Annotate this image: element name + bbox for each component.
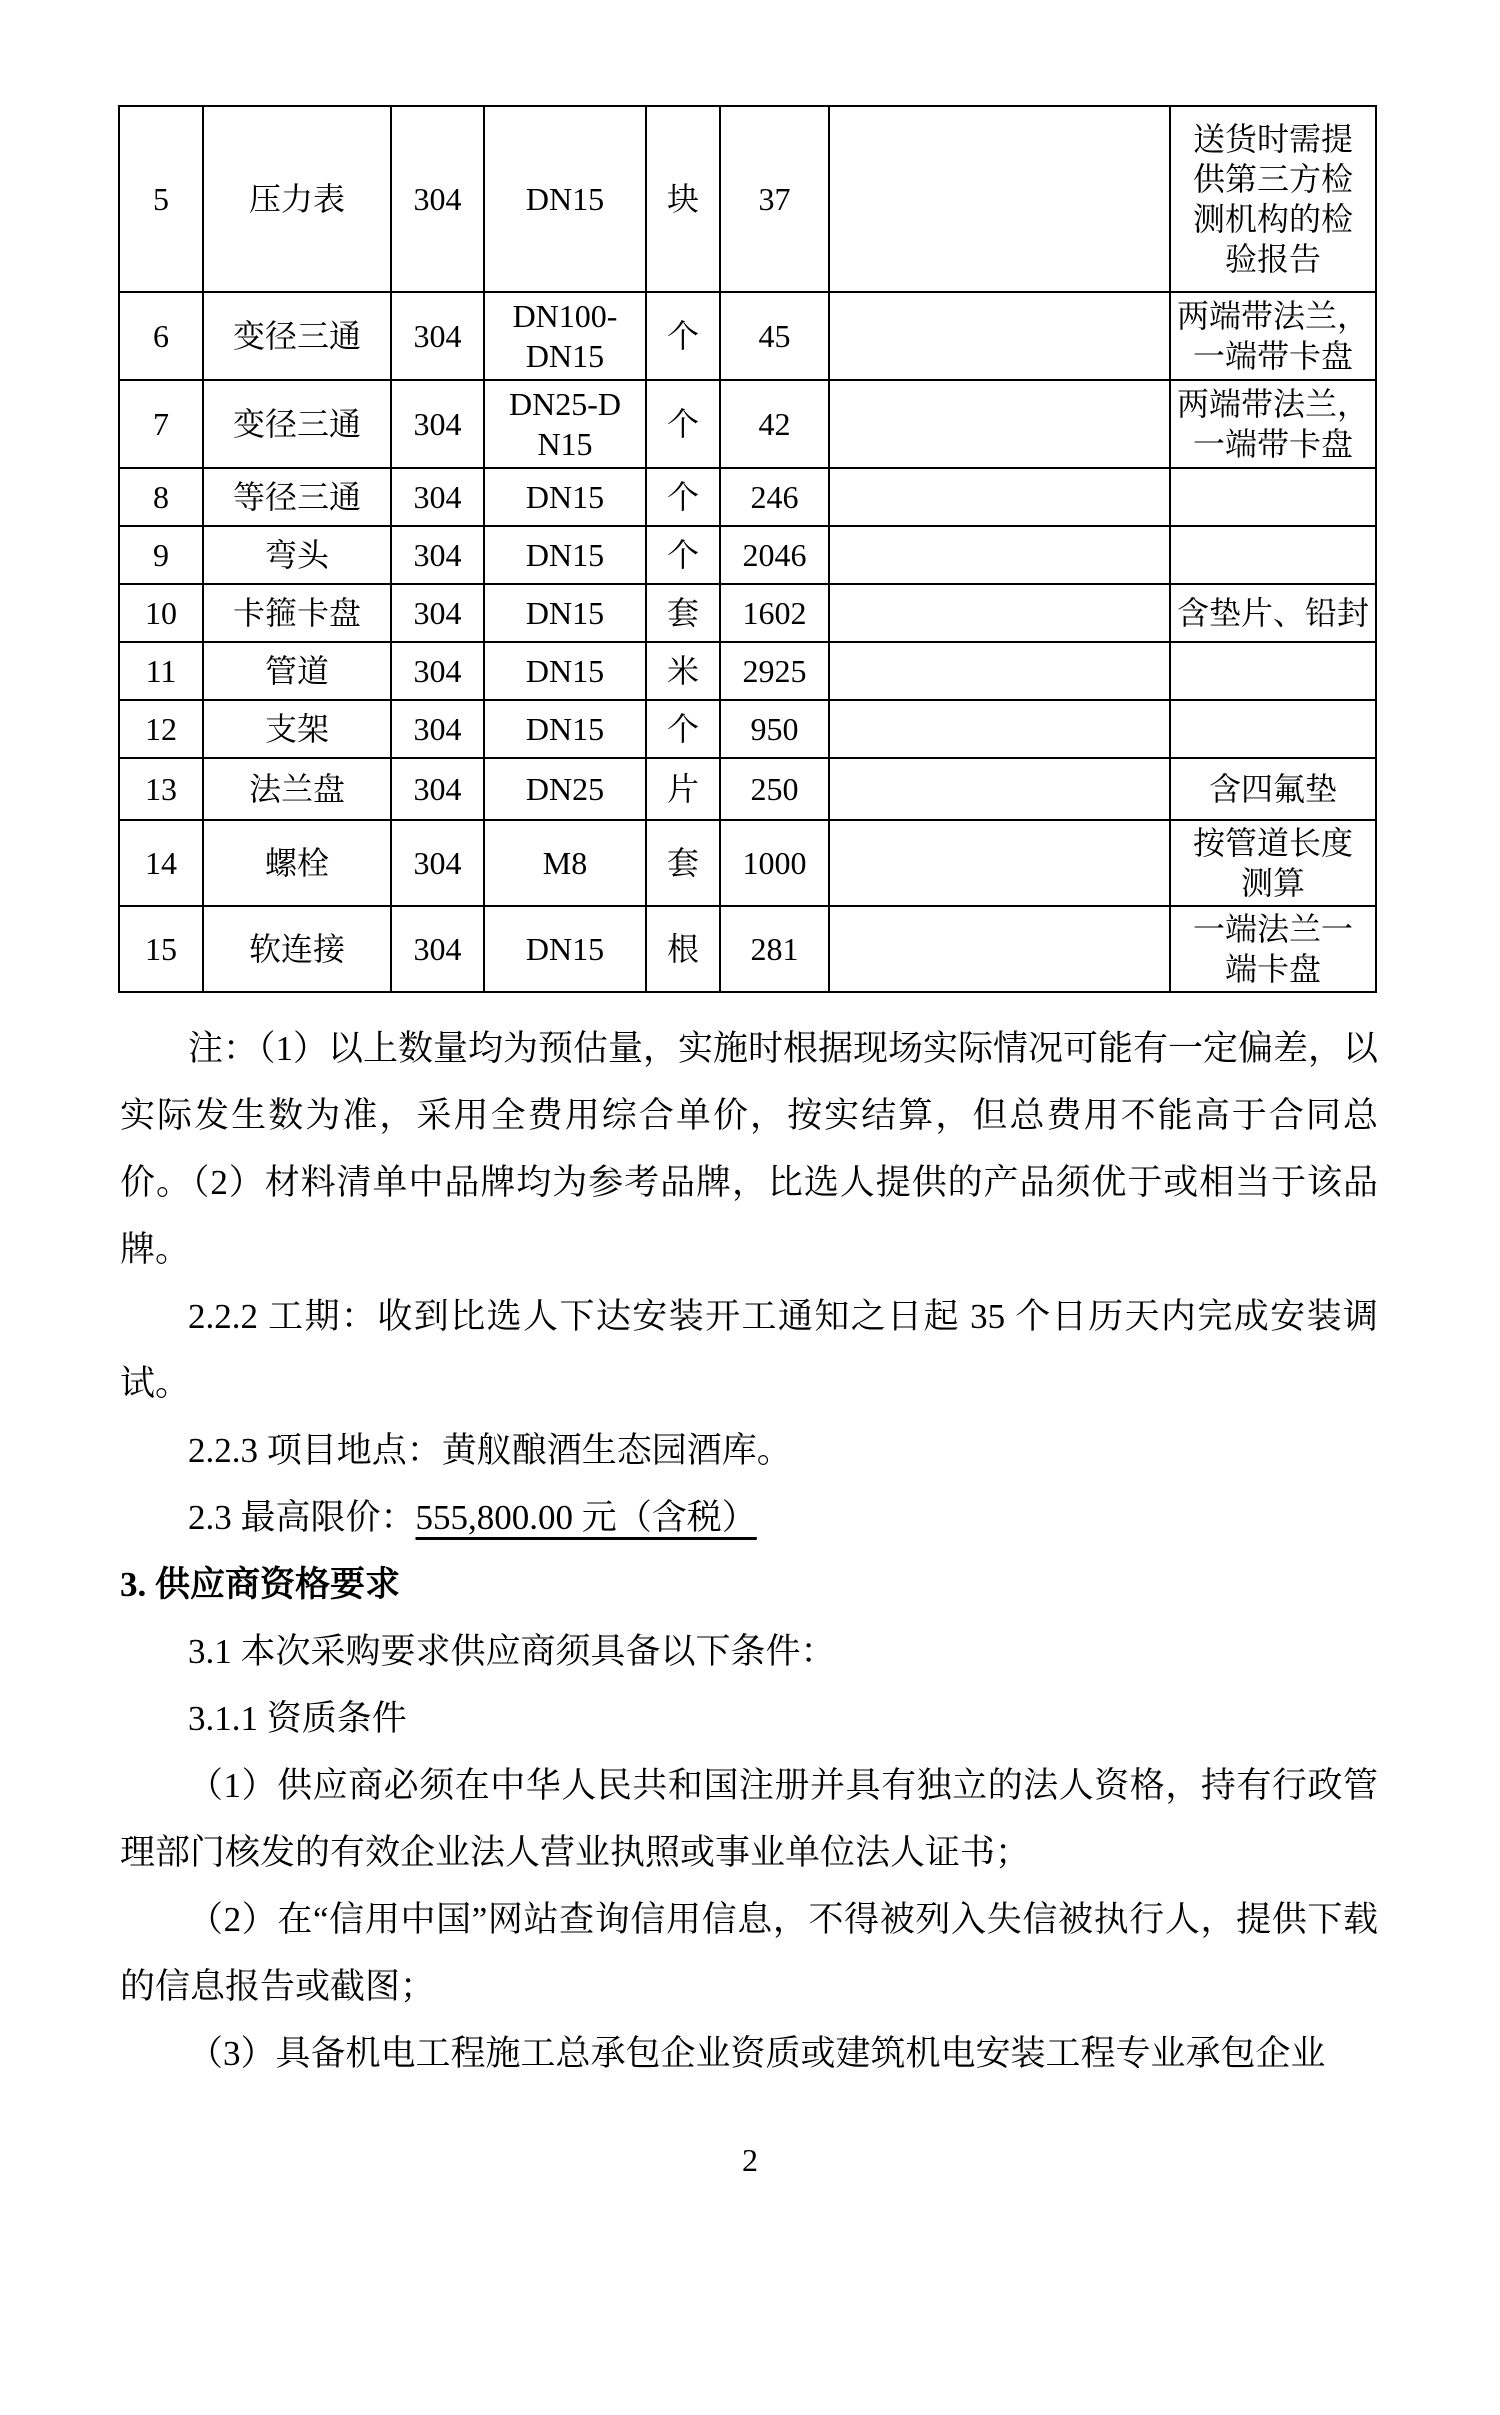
cell-qty: 246 <box>720 468 829 526</box>
cell-remark: 含四氟垫 <box>1170 758 1376 820</box>
cell-brand <box>829 380 1170 468</box>
cell-unit: 个 <box>646 700 720 758</box>
cell-spec: DN15 <box>484 700 646 758</box>
cell-spec: DN15 <box>484 906 646 992</box>
cell-unit: 套 <box>646 820 720 906</box>
cell-unit: 个 <box>646 468 720 526</box>
cell-spec: DN15 <box>484 642 646 700</box>
cell-material: 304 <box>391 106 484 292</box>
cell-brand <box>829 292 1170 380</box>
cell-spec: DN15 <box>484 526 646 584</box>
paragraph-2-2-2: 2.2.2 工期：收到比选人下达安装开工通知之日起 35 个日历天内完成安装调试… <box>120 1283 1378 1417</box>
cell-qty: 2046 <box>720 526 829 584</box>
note-paragraph: 注：（1）以上数量均为预估量，实施时根据现场实际情况可能有一定偏差，以实际发生数… <box>120 1015 1378 1283</box>
table-row: 12支架304DN15个950 <box>119 700 1376 758</box>
cell-spec: DN25 <box>484 758 646 820</box>
cell-brand <box>829 642 1170 700</box>
cell-no: 14 <box>119 820 203 906</box>
cell-spec: DN15 <box>484 468 646 526</box>
cell-material: 304 <box>391 906 484 992</box>
cell-material: 304 <box>391 468 484 526</box>
cell-qty: 281 <box>720 906 829 992</box>
table-row: 10卡箍卡盘304DN15套1602含垫片、铅封 <box>119 584 1376 642</box>
cell-material: 304 <box>391 642 484 700</box>
cell-unit: 米 <box>646 642 720 700</box>
cell-spec: DN100- DN15 <box>484 292 646 380</box>
cell-material: 304 <box>391 758 484 820</box>
cell-remark: 两端带法兰， 一端带卡盘 <box>1170 292 1376 380</box>
cell-no: 11 <box>119 642 203 700</box>
cell-qty: 42 <box>720 380 829 468</box>
page-number: 2 <box>742 2142 758 2178</box>
cell-no: 9 <box>119 526 203 584</box>
cell-remark <box>1170 526 1376 584</box>
cell-no: 13 <box>119 758 203 820</box>
cell-name: 变径三通 <box>203 380 391 468</box>
cell-no: 15 <box>119 906 203 992</box>
cell-unit: 套 <box>646 584 720 642</box>
cell-name: 等径三通 <box>203 468 391 526</box>
materials-table-section: 5压力表304DN15块37送货时需提 供第三方检 测机构的检 验报告6变径三通… <box>118 105 1375 993</box>
cell-brand <box>829 758 1170 820</box>
cell-no: 12 <box>119 700 203 758</box>
cell-brand <box>829 906 1170 992</box>
paragraph-3-1: 3.1 本次采购要求供应商须具备以下条件： <box>120 1618 1378 1685</box>
cell-material: 304 <box>391 526 484 584</box>
cell-qty: 950 <box>720 700 829 758</box>
cell-material: 304 <box>391 820 484 906</box>
cell-unit: 块 <box>646 106 720 292</box>
cell-no: 8 <box>119 468 203 526</box>
cell-name: 卡箍卡盘 <box>203 584 391 642</box>
cell-material: 304 <box>391 380 484 468</box>
cell-brand <box>829 468 1170 526</box>
cell-brand <box>829 700 1170 758</box>
cell-name: 压力表 <box>203 106 391 292</box>
cell-brand <box>829 584 1170 642</box>
cell-qty: 2925 <box>720 642 829 700</box>
paragraph-3-1-1-item1: （1）供应商必须在中华人民共和国注册并具有独立的法人资格，持有行政管理部门核发的… <box>120 1752 1378 1886</box>
cell-name: 支架 <box>203 700 391 758</box>
cell-name: 螺栓 <box>203 820 391 906</box>
paragraph-2-3: 2.3 最高限价：555,800.00 元（含税） <box>120 1484 1378 1551</box>
cell-remark <box>1170 642 1376 700</box>
cell-remark <box>1170 468 1376 526</box>
cell-spec: DN25-D N15 <box>484 380 646 468</box>
cell-qty: 37 <box>720 106 829 292</box>
cell-unit: 片 <box>646 758 720 820</box>
table-row: 15软连接304DN15根281一端法兰一 端卡盘 <box>119 906 1376 992</box>
table-row: 5压力表304DN15块37送货时需提 供第三方检 测机构的检 验报告 <box>119 106 1376 292</box>
cell-no: 5 <box>119 106 203 292</box>
cell-name: 变径三通 <box>203 292 391 380</box>
table-row: 11管道304DN15米2925 <box>119 642 1376 700</box>
cell-remark: 两端带法兰， 一端带卡盘 <box>1170 380 1376 468</box>
cell-remark: 送货时需提 供第三方检 测机构的检 验报告 <box>1170 106 1376 292</box>
cell-unit: 根 <box>646 906 720 992</box>
cell-no: 10 <box>119 584 203 642</box>
cell-no: 6 <box>119 292 203 380</box>
cell-unit: 个 <box>646 292 720 380</box>
table-row: 9弯头304DN15个2046 <box>119 526 1376 584</box>
cell-spec: M8 <box>484 820 646 906</box>
cell-material: 304 <box>391 584 484 642</box>
cell-brand <box>829 106 1170 292</box>
cell-brand <box>829 820 1170 906</box>
cell-qty: 45 <box>720 292 829 380</box>
table-row: 14螺栓304M8套1000按管道长度 测算 <box>119 820 1376 906</box>
paragraph-3-1-1: 3.1.1 资质条件 <box>120 1685 1378 1752</box>
materials-table: 5压力表304DN15块37送货时需提 供第三方检 测机构的检 验报告6变径三通… <box>118 105 1377 993</box>
cell-material: 304 <box>391 292 484 380</box>
cell-name: 弯头 <box>203 526 391 584</box>
table-row: 8等径三通304DN15个246 <box>119 468 1376 526</box>
cell-name: 软连接 <box>203 906 391 992</box>
cell-name: 管道 <box>203 642 391 700</box>
cell-no: 7 <box>119 380 203 468</box>
cell-unit: 个 <box>646 380 720 468</box>
cell-name: 法兰盘 <box>203 758 391 820</box>
cell-remark: 按管道长度 测算 <box>1170 820 1376 906</box>
paragraph-3-1-1-item2: （2）在“信用中国”网站查询信用信息，不得被列入失信被执行人，提供下载的信息报告… <box>120 1886 1378 2020</box>
cell-brand <box>829 526 1170 584</box>
cell-qty: 1000 <box>720 820 829 906</box>
cell-qty: 1602 <box>720 584 829 642</box>
section-3-heading: 3. 供应商资格要求 <box>120 1551 1378 1618</box>
document-body-text: 注：（1）以上数量均为预估量，实施时根据现场实际情况可能有一定偏差，以实际发生数… <box>120 1015 1378 2087</box>
cell-unit: 个 <box>646 526 720 584</box>
cell-qty: 250 <box>720 758 829 820</box>
cell-spec: DN15 <box>484 584 646 642</box>
paragraph-3-1-1-item3: （3）具备机电工程施工总承包企业资质或建筑机电安装工程专业承包企业 <box>120 2020 1378 2087</box>
cell-remark: 一端法兰一 端卡盘 <box>1170 906 1376 992</box>
paragraph-2-2-3: 2.2.3 项目地点：黄舣酿酒生态园酒库。 <box>120 1417 1378 1484</box>
price-value-underlined: 555,800.00 元（含税） <box>416 1498 757 1537</box>
cell-material: 304 <box>391 700 484 758</box>
table-row: 13法兰盘304DN25片250含四氟垫 <box>119 758 1376 820</box>
document-page: { "table": { "row_keys": ["no","name","m… <box>0 0 1500 2415</box>
page-footer: 2 <box>0 2138 1500 2182</box>
cell-remark: 含垫片、铅封 <box>1170 584 1376 642</box>
table-row: 6变径三通304DN100- DN15个45两端带法兰， 一端带卡盘 <box>119 292 1376 380</box>
cell-spec: DN15 <box>484 106 646 292</box>
table-row: 7变径三通304DN25-D N15个42两端带法兰， 一端带卡盘 <box>119 380 1376 468</box>
cell-remark <box>1170 700 1376 758</box>
price-label: 2.3 最高限价： <box>188 1498 416 1537</box>
